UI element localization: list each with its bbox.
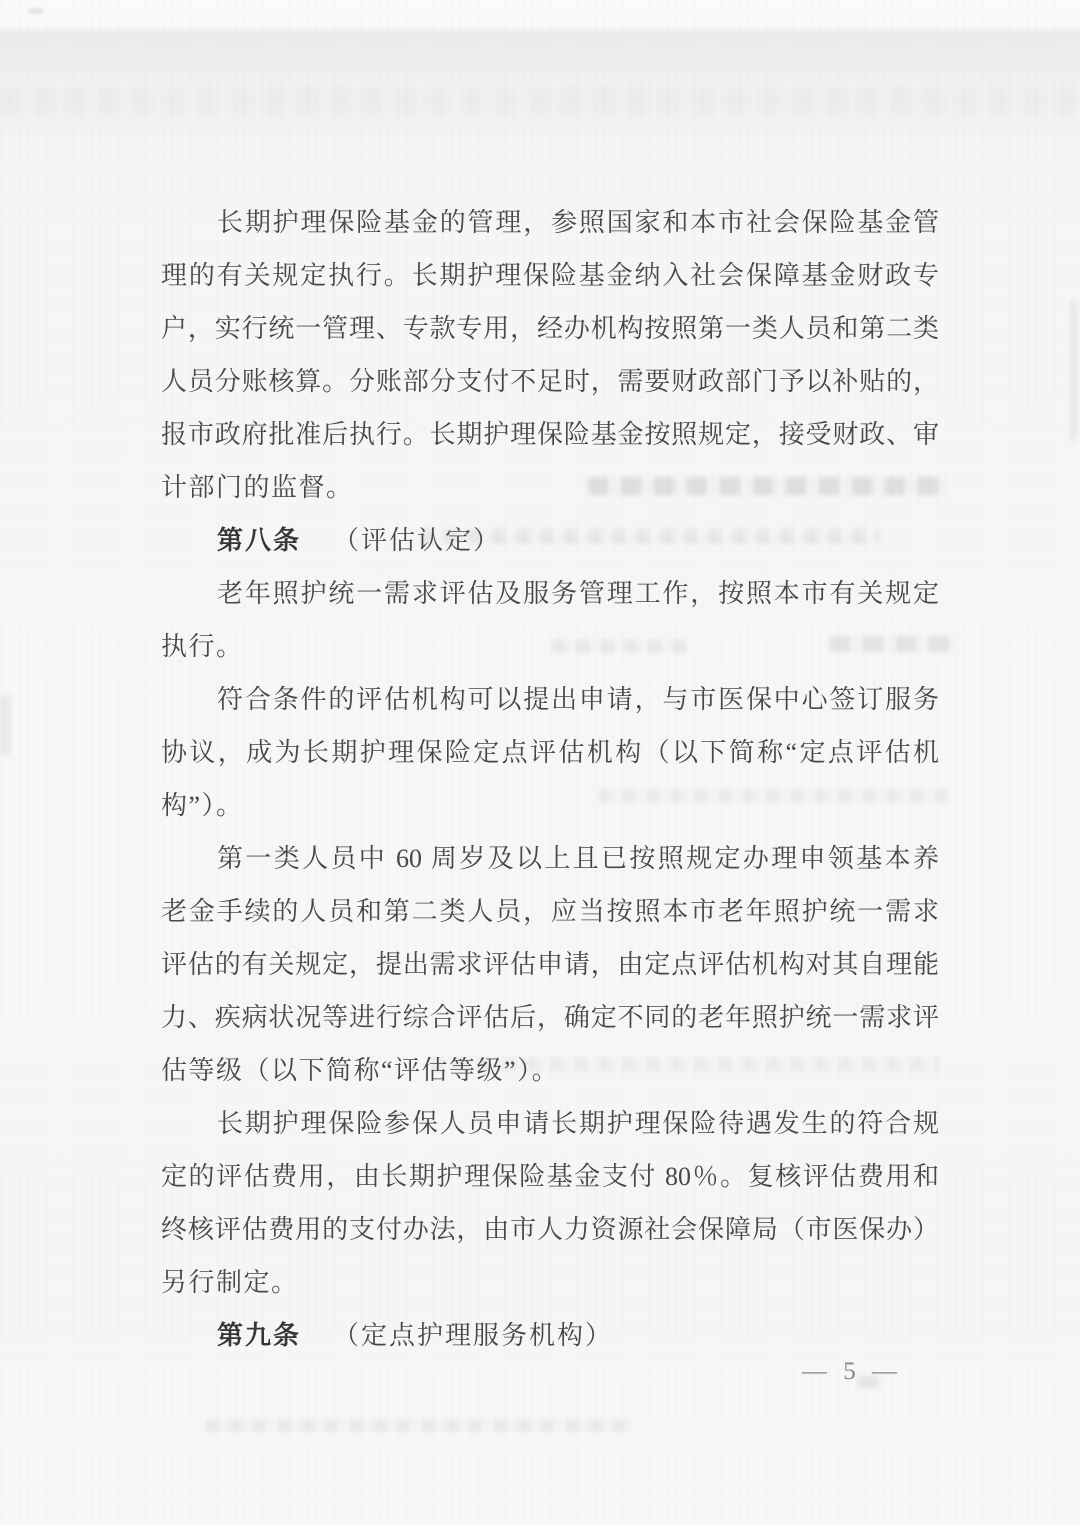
text-line: 理的有关规定执行。长期护理保险基金纳入社会保障基金财政专	[161, 249, 939, 302]
article-number: 第八条	[217, 526, 301, 555]
scanned-document-page: 长期护理保险基金的管理，参照国家和本市社会保险基金管 理的有关规定执行。长期护理…	[0, 0, 1080, 1525]
text-line: 构”）。	[161, 779, 939, 832]
text-line: 户，实行统一管理、专款专用，经办机构按照第一类人员和第二类	[161, 302, 939, 355]
article-title: （评估认定）	[333, 526, 501, 555]
text-line: 终核评估费用的支付办法，由市人力资源社会保障局（市医保办）	[161, 1203, 939, 1256]
text-line: 执行。	[161, 620, 939, 673]
text-line: 评估的有关规定，提出需求评估申请，由定点评估机构对其自理能	[161, 938, 939, 991]
text-line: 力、疾病状况等进行综合评估后，确定不同的老年照护统一需求评	[161, 991, 939, 1044]
text-line: 老金手续的人员和第二类人员，应当按照本市老年照护统一需求	[161, 885, 939, 938]
scan-artifact	[0, 86, 1080, 116]
text-line: 老年照护统一需求评估及服务管理工作，按照本市有关规定	[161, 567, 939, 620]
text-line: 长期护理保险参保人员申请长期护理保险待遇发生的符合规	[161, 1097, 939, 1150]
text-line: 定的评估费用，由长期护理保险基金支付 80％。复核评估费用和	[161, 1150, 939, 1203]
text-line: 长期护理保险基金的管理，参照国家和本市社会保险基金管	[161, 196, 939, 249]
article-title: （定点护理服务机构）	[333, 1321, 613, 1350]
text-line: 第一类人员中 60 周岁及以上且已按照规定办理申领基本养	[161, 832, 939, 885]
article-heading-line: 第八条（评估认定）	[161, 514, 939, 567]
document-body: 长期护理保险基金的管理，参照国家和本市社会保险基金管 理的有关规定执行。长期护理…	[161, 196, 939, 1362]
article-number: 第九条	[217, 1321, 301, 1350]
page-number: — 5 —	[802, 1352, 902, 1392]
scan-artifact	[28, 8, 44, 14]
scan-artifact	[0, 695, 10, 755]
text-line: 协议，成为长期护理保险定点评估机构（以下简称“定点评估机	[161, 726, 939, 779]
scan-artifact	[205, 1419, 635, 1432]
text-line: 计部门的监督。	[161, 461, 939, 514]
text-line: 估等级（以下简称“评估等级”）。	[161, 1044, 939, 1097]
text-line: 符合条件的评估机构可以提出申请，与市医保中心签订服务	[161, 673, 939, 726]
text-line: 人员分账核算。分账部分支付不足时，需要财政部门予以补贴的，	[161, 355, 939, 408]
scan-artifact	[1069, 300, 1078, 440]
text-line: 另行制定。	[161, 1256, 939, 1309]
text-line: 报市政府批准后执行。长期护理保险基金按照规定，接受财政、审	[161, 408, 939, 461]
